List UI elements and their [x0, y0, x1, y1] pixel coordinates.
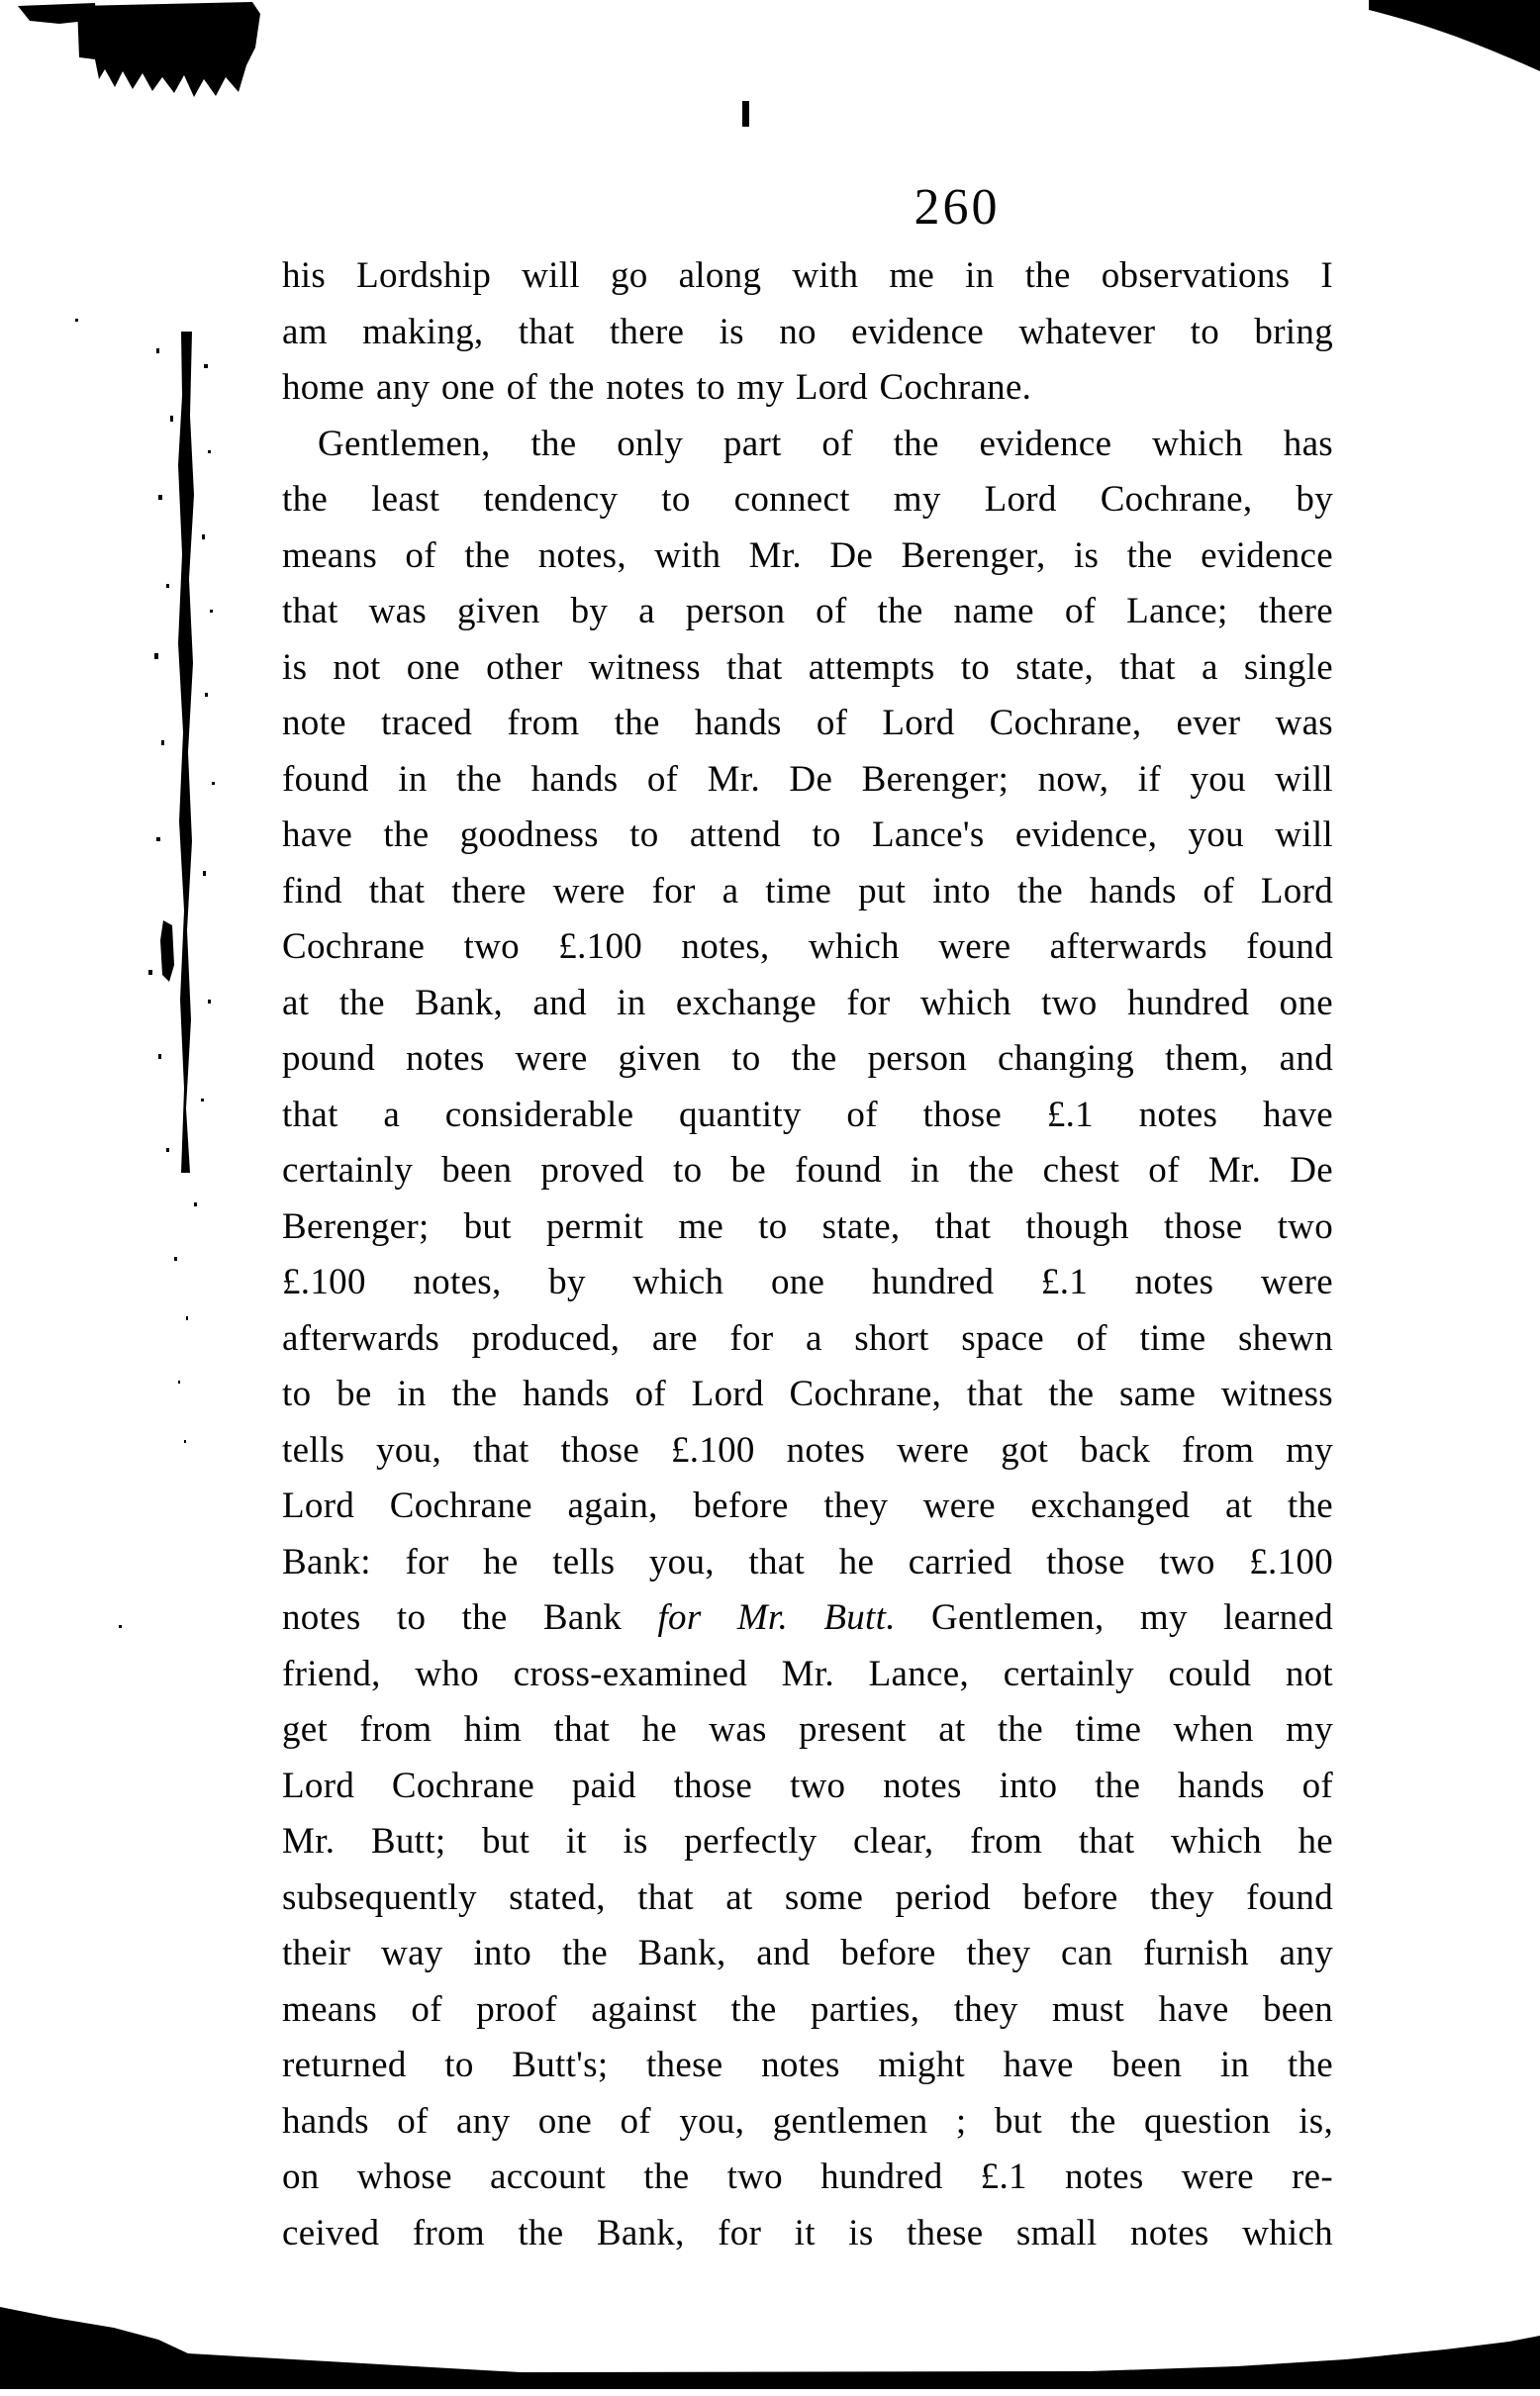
text-segment: his Lordship will go along with me in th… [282, 255, 1333, 296]
text-segment: home any one of the notes to my Lord Coc… [282, 367, 1031, 408]
ink-smudge-top-left-blob [77, 2, 260, 97]
ink-smudge-top-right [1369, 0, 1540, 71]
page-number: 260 [858, 178, 1056, 237]
text-segment: am making, that there is no evidence wha… [282, 312, 1333, 352]
text-line: home any one of the notes to my Lord Coc… [282, 360, 1333, 417]
text-segment: Bank: for he tells you, that he carried … [282, 1542, 1333, 1582]
text-segment: Lord Cochrane again, before they were ex… [282, 1486, 1333, 1526]
text-line: get from him that he was present at the … [282, 1702, 1333, 1759]
text-segment: that a considerable quantity of those £.… [282, 1095, 1333, 1135]
text-segment-italic: for Mr. Butt. [657, 1597, 895, 1638]
text-line: find that there were for a time put into… [282, 864, 1333, 920]
text-line: Gentlemen, the only part of the evidence… [282, 417, 1333, 473]
text-segment: Mr. Butt; but it is perfectly clear, fro… [282, 1821, 1333, 1862]
text-segment: the least tendency to connect my Lord Co… [282, 479, 1333, 520]
text-segment: is not one other witness that attempts t… [282, 647, 1333, 688]
text-segment: Lord Cochrane paid those two notes into … [282, 1766, 1333, 1806]
text-line: pound notes were given to the person cha… [282, 1031, 1333, 1088]
text-segment: pound notes were given to the person cha… [282, 1038, 1333, 1079]
text-segment: notes to the Bank [282, 1597, 657, 1638]
ink-smudge-top-left-strip [18, 3, 96, 24]
text-line: at the Bank, and in exchange for which t… [282, 976, 1333, 1032]
text-segment: their way into the Bank, and before they… [282, 1933, 1333, 1973]
ink-bar-bottom [0, 2336, 1540, 2389]
text-line: Lord Cochrane again, before they were ex… [282, 1479, 1333, 1535]
text-segment: Berenger; but permit me to state, that t… [282, 1206, 1333, 1247]
text-line: that a considerable quantity of those £.… [282, 1088, 1333, 1144]
text-line: Bank: for he tells you, that he carried … [282, 1535, 1333, 1591]
text-line: ceived from the Bank, for it is these sm… [282, 2206, 1333, 2262]
text-segment: returned to Butt's; these notes might ha… [282, 2045, 1333, 2085]
text-line: note traced from the hands of Lord Cochr… [282, 696, 1333, 752]
text-line: certainly been proved to be found in the… [282, 1143, 1333, 1199]
text-line: found in the hands of Mr. De Berenger; n… [282, 752, 1333, 809]
text-segment: means of proof against the parties, they… [282, 1989, 1333, 2030]
gutter-streak [178, 332, 194, 1173]
text-line: hands of any one of you, gentlemen ; but… [282, 2094, 1333, 2151]
text-block: his Lordship will go along with me in th… [282, 248, 1333, 2261]
text-line: that was given by a person of the name o… [282, 584, 1333, 640]
text-line: Berenger; but permit me to state, that t… [282, 1199, 1333, 1256]
text-segment: that was given by a person of the name o… [282, 591, 1333, 631]
text-line: Lord Cochrane paid those two notes into … [282, 1759, 1333, 1815]
ink-tick-top-center [742, 101, 749, 127]
text-segment: on whose account the two hundred £.1 not… [282, 2156, 1333, 2197]
text-line: tells you, that those £.100 notes were g… [282, 1423, 1333, 1480]
text-line: means of proof against the parties, they… [282, 1982, 1333, 2039]
text-line: £.100 notes, by which one hundred £.1 no… [282, 1255, 1333, 1311]
text-line: his Lordship will go along with me in th… [282, 248, 1333, 305]
text-segment: found in the hands of Mr. De Berenger; n… [282, 759, 1333, 800]
text-segment: note traced from the hands of Lord Cochr… [282, 703, 1333, 743]
text-line: am making, that there is no evidence wha… [282, 305, 1333, 361]
text-line: means of the notes, with Mr. De Berenger… [282, 528, 1333, 585]
text-segment: find that there were for a time put into… [282, 871, 1333, 911]
text-line: notes to the Bank for Mr. Butt. Gentleme… [282, 1590, 1333, 1647]
text-segment: ceived from the Bank, for it is these sm… [282, 2213, 1333, 2253]
text-segment: means of the notes, with Mr. De Berenger… [282, 535, 1333, 576]
text-line: subsequently stated, that at some period… [282, 1870, 1333, 1927]
text-segment: friend, who cross-examined Mr. Lance, ce… [282, 1654, 1333, 1694]
text-segment: to be in the hands of Lord Cochrane, tha… [282, 1374, 1333, 1414]
text-segment: £.100 notes, by which one hundred £.1 no… [282, 1262, 1333, 1302]
text-segment: at the Bank, and in exchange for which t… [282, 983, 1333, 1023]
text-line: returned to Butt's; these notes might ha… [282, 2038, 1333, 2094]
text-segment: Gentlemen, the only part of the evidence… [318, 424, 1333, 464]
text-segment: tells you, that those £.100 notes were g… [282, 1430, 1333, 1471]
text-line: to be in the hands of Lord Cochrane, tha… [282, 1367, 1333, 1423]
text-line: is not one other witness that attempts t… [282, 640, 1333, 697]
text-segment: subsequently stated, that at some period… [282, 1877, 1333, 1918]
ink-smudge-bottom-left [0, 2307, 554, 2388]
text-segment: hands of any one of you, gentlemen ; but… [282, 2101, 1333, 2142]
text-line: afterwards produced, are for a short spa… [282, 1311, 1333, 1368]
text-line: on whose account the two hundred £.1 not… [282, 2150, 1333, 2206]
text-line: Cochrane two £.100 notes, which were aft… [282, 919, 1333, 976]
text-line: have the goodness to attend to Lance's e… [282, 808, 1333, 864]
text-line: friend, who cross-examined Mr. Lance, ce… [282, 1647, 1333, 1703]
text-segment: get from him that he was present at the … [282, 1709, 1333, 1750]
gutter-speckles [75, 319, 215, 1628]
text-segment: have the goodness to attend to Lance's e… [282, 815, 1333, 855]
text-segment: Gentlemen, my learned [896, 1597, 1333, 1638]
text-line: the least tendency to connect my Lord Co… [282, 472, 1333, 528]
text-segment: afterwards produced, are for a short spa… [282, 1318, 1333, 1359]
text-segment: certainly been proved to be found in the… [282, 1150, 1333, 1191]
text-line: Mr. Butt; but it is perfectly clear, fro… [282, 1814, 1333, 1870]
text-line: their way into the Bank, and before they… [282, 1926, 1333, 1982]
gutter-streak-blob [160, 920, 174, 982]
text-segment: Cochrane two £.100 notes, which were aft… [282, 926, 1333, 967]
